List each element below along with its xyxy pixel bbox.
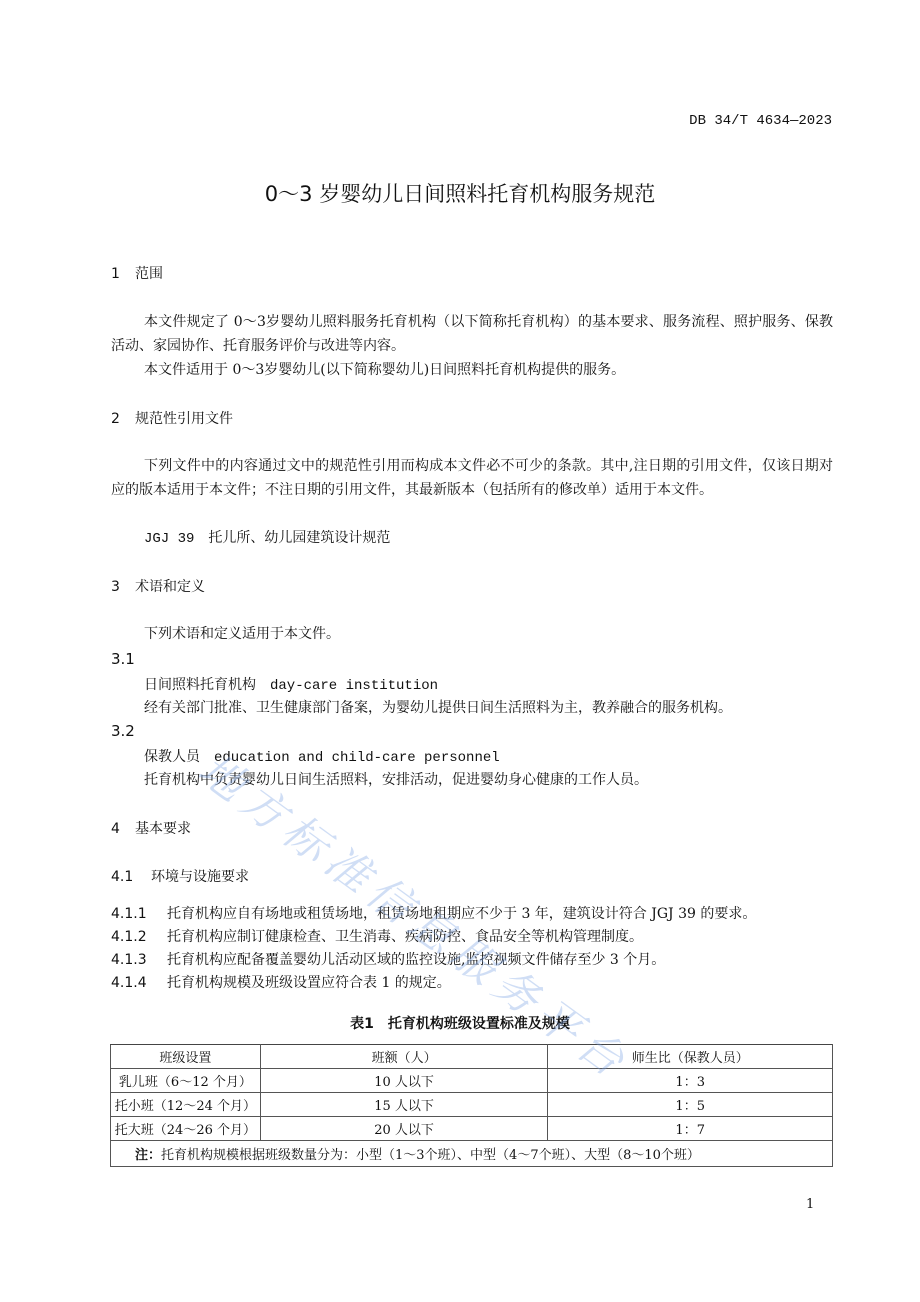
section-title: 范围 [135,266,163,282]
standard-code: DB 34/T 4634—2023 [689,113,832,129]
term-definition: 托育机构中负责婴幼儿日间生活照料，安排活动，促进婴幼身心健康的工作人员。 [144,768,648,792]
clause-text: 托育机构应自有场地或租赁场地，租赁场地租期应不少于 3 年，建筑设计符合 JGJ… [167,906,756,922]
table-cell: 20 人以下 [260,1117,548,1141]
table-cell: 1：5 [548,1093,833,1117]
reference-code: JGJ 39 [144,531,194,547]
table-cell: 10 人以下 [260,1069,548,1093]
table-cell: 1：7 [548,1117,833,1141]
term-number: 3.1 [111,650,135,668]
paragraph: 下列术语和定义适用于本文件。 [144,622,340,646]
subsection-title: 环境与设施要求 [151,869,249,885]
clause-number: 4.1.3 [111,948,167,972]
table-header-row: 班级设置 班额（人） 师生比（保教人员） [111,1045,833,1069]
term-en: day-care institution [270,678,438,694]
table-caption-title: 托育机构班级设置标准及规模 [388,1016,570,1032]
table-note-cell: 注：托育机构规模根据班级数量分为：小型（1～3个班）、中型（4～7个班）、大型（… [111,1141,833,1167]
term-number: 3.2 [111,722,135,740]
section-3-heading: 3术语和定义 [111,576,205,596]
table-header-cell: 班级设置 [111,1045,261,1069]
section-number: 4 [111,821,135,837]
clause-number: 4.1.4 [111,971,167,995]
table-row: 托小班（12～24 个月） 15 人以下 1：5 [111,1093,833,1117]
table-cell: 乳儿班（6～12 个月） [111,1069,261,1093]
table-header-cell: 班额（人） [260,1045,548,1069]
paragraph: 本文件规定了 0～3岁婴幼儿照料服务托育机构（以下简称托育机构）的基本要求、服务… [111,310,833,358]
page-number: 1 [806,1197,814,1212]
section-2-heading: 2规范性引用文件 [111,408,233,428]
reference-title: 托儿所、幼儿园建筑设计规范 [208,530,390,546]
clause-number: 4.1.2 [111,925,167,949]
clause-text: 托育机构应配备覆盖婴幼儿活动区域的监控设施,监控视频文件储存至少 3 个月。 [167,952,665,968]
section-number: 1 [111,266,135,282]
clause-item: 4.1.4托育机构规模及班级设置应符合表 1 的规定。 [111,971,451,995]
term-zh: 日间照料托育机构 [144,677,256,693]
section-title: 基本要求 [135,821,191,837]
reference-item: JGJ 39托儿所、幼儿园建筑设计规范 [144,526,390,551]
table-caption: 表1托育机构班级设置标准及规模 [0,1013,920,1033]
subsection-number: 4.1 [111,869,151,885]
table-note-label: 注： [135,1148,161,1163]
clause-item: 4.1.1托育机构应自有场地或租赁场地，租赁场地租期应不少于 3 年，建筑设计符… [111,902,756,926]
section-title: 术语和定义 [135,579,205,595]
clause-item: 4.1.3托育机构应配备覆盖婴幼儿活动区域的监控设施,监控视频文件储存至少 3 … [111,948,665,972]
table-note-text: 托育机构规模根据班级数量分为：小型（1～3个班）、中型（4～7个班）、大型（8～… [161,1148,700,1163]
paragraph: 下列文件中的内容通过文中的规范性引用而构成本文件必不可少的条款。其中,注日期的引… [111,454,833,502]
section-title: 规范性引用文件 [135,411,233,427]
table-note-row: 注：托育机构规模根据班级数量分为：小型（1～3个班）、中型（4～7个班）、大型（… [111,1141,833,1167]
table-row: 托大班（24～26 个月） 20 人以下 1：7 [111,1117,833,1141]
table-cell: 托大班（24～26 个月） [111,1117,261,1141]
paragraph: 本文件适用于 0～3岁婴幼儿(以下简称婴幼儿)日间照料托育机构提供的服务。 [111,358,833,382]
clause-text: 托育机构应制订健康检查、卫生消毒、疾病防控、食品安全等机构管理制度。 [167,929,643,945]
section-number: 2 [111,411,135,427]
document-title: 0～3 岁婴幼儿日间照料托育机构服务规范 [0,178,920,208]
table-cell: 托小班（12～24 个月） [111,1093,261,1117]
clause-item: 4.1.2托育机构应制订健康检查、卫生消毒、疾病防控、食品安全等机构管理制度。 [111,925,643,949]
clause-text: 托育机构规模及班级设置应符合表 1 的规定。 [167,975,451,991]
section-number: 3 [111,579,135,595]
subsection-4-1-heading: 4.1环境与设施要求 [111,866,249,886]
term-zh: 保教人员 [144,749,200,765]
class-settings-table: 班级设置 班额（人） 师生比（保教人员） 乳儿班（6～12 个月） 10 人以下… [110,1044,833,1167]
term-en: education and child-care personnel [214,750,500,766]
table-header-cell: 师生比（保教人员） [548,1045,833,1069]
term-definition: 经有关部门批准、卫生健康部门备案，为婴幼儿提供日间生活照料为主，教养融合的服务机… [144,696,732,720]
section-1-heading: 1范围 [111,263,163,283]
table-caption-label: 表1 [350,1016,374,1032]
table-row: 乳儿班（6～12 个月） 10 人以下 1：3 [111,1069,833,1093]
table-cell: 15 人以下 [260,1093,548,1117]
section-4-heading: 4基本要求 [111,818,191,838]
table-cell: 1：3 [548,1069,833,1093]
term-entry: 保教人员education and child-care personnel [144,746,500,766]
clause-number: 4.1.1 [111,902,167,926]
term-entry: 日间照料托育机构day-care institution [144,674,438,694]
